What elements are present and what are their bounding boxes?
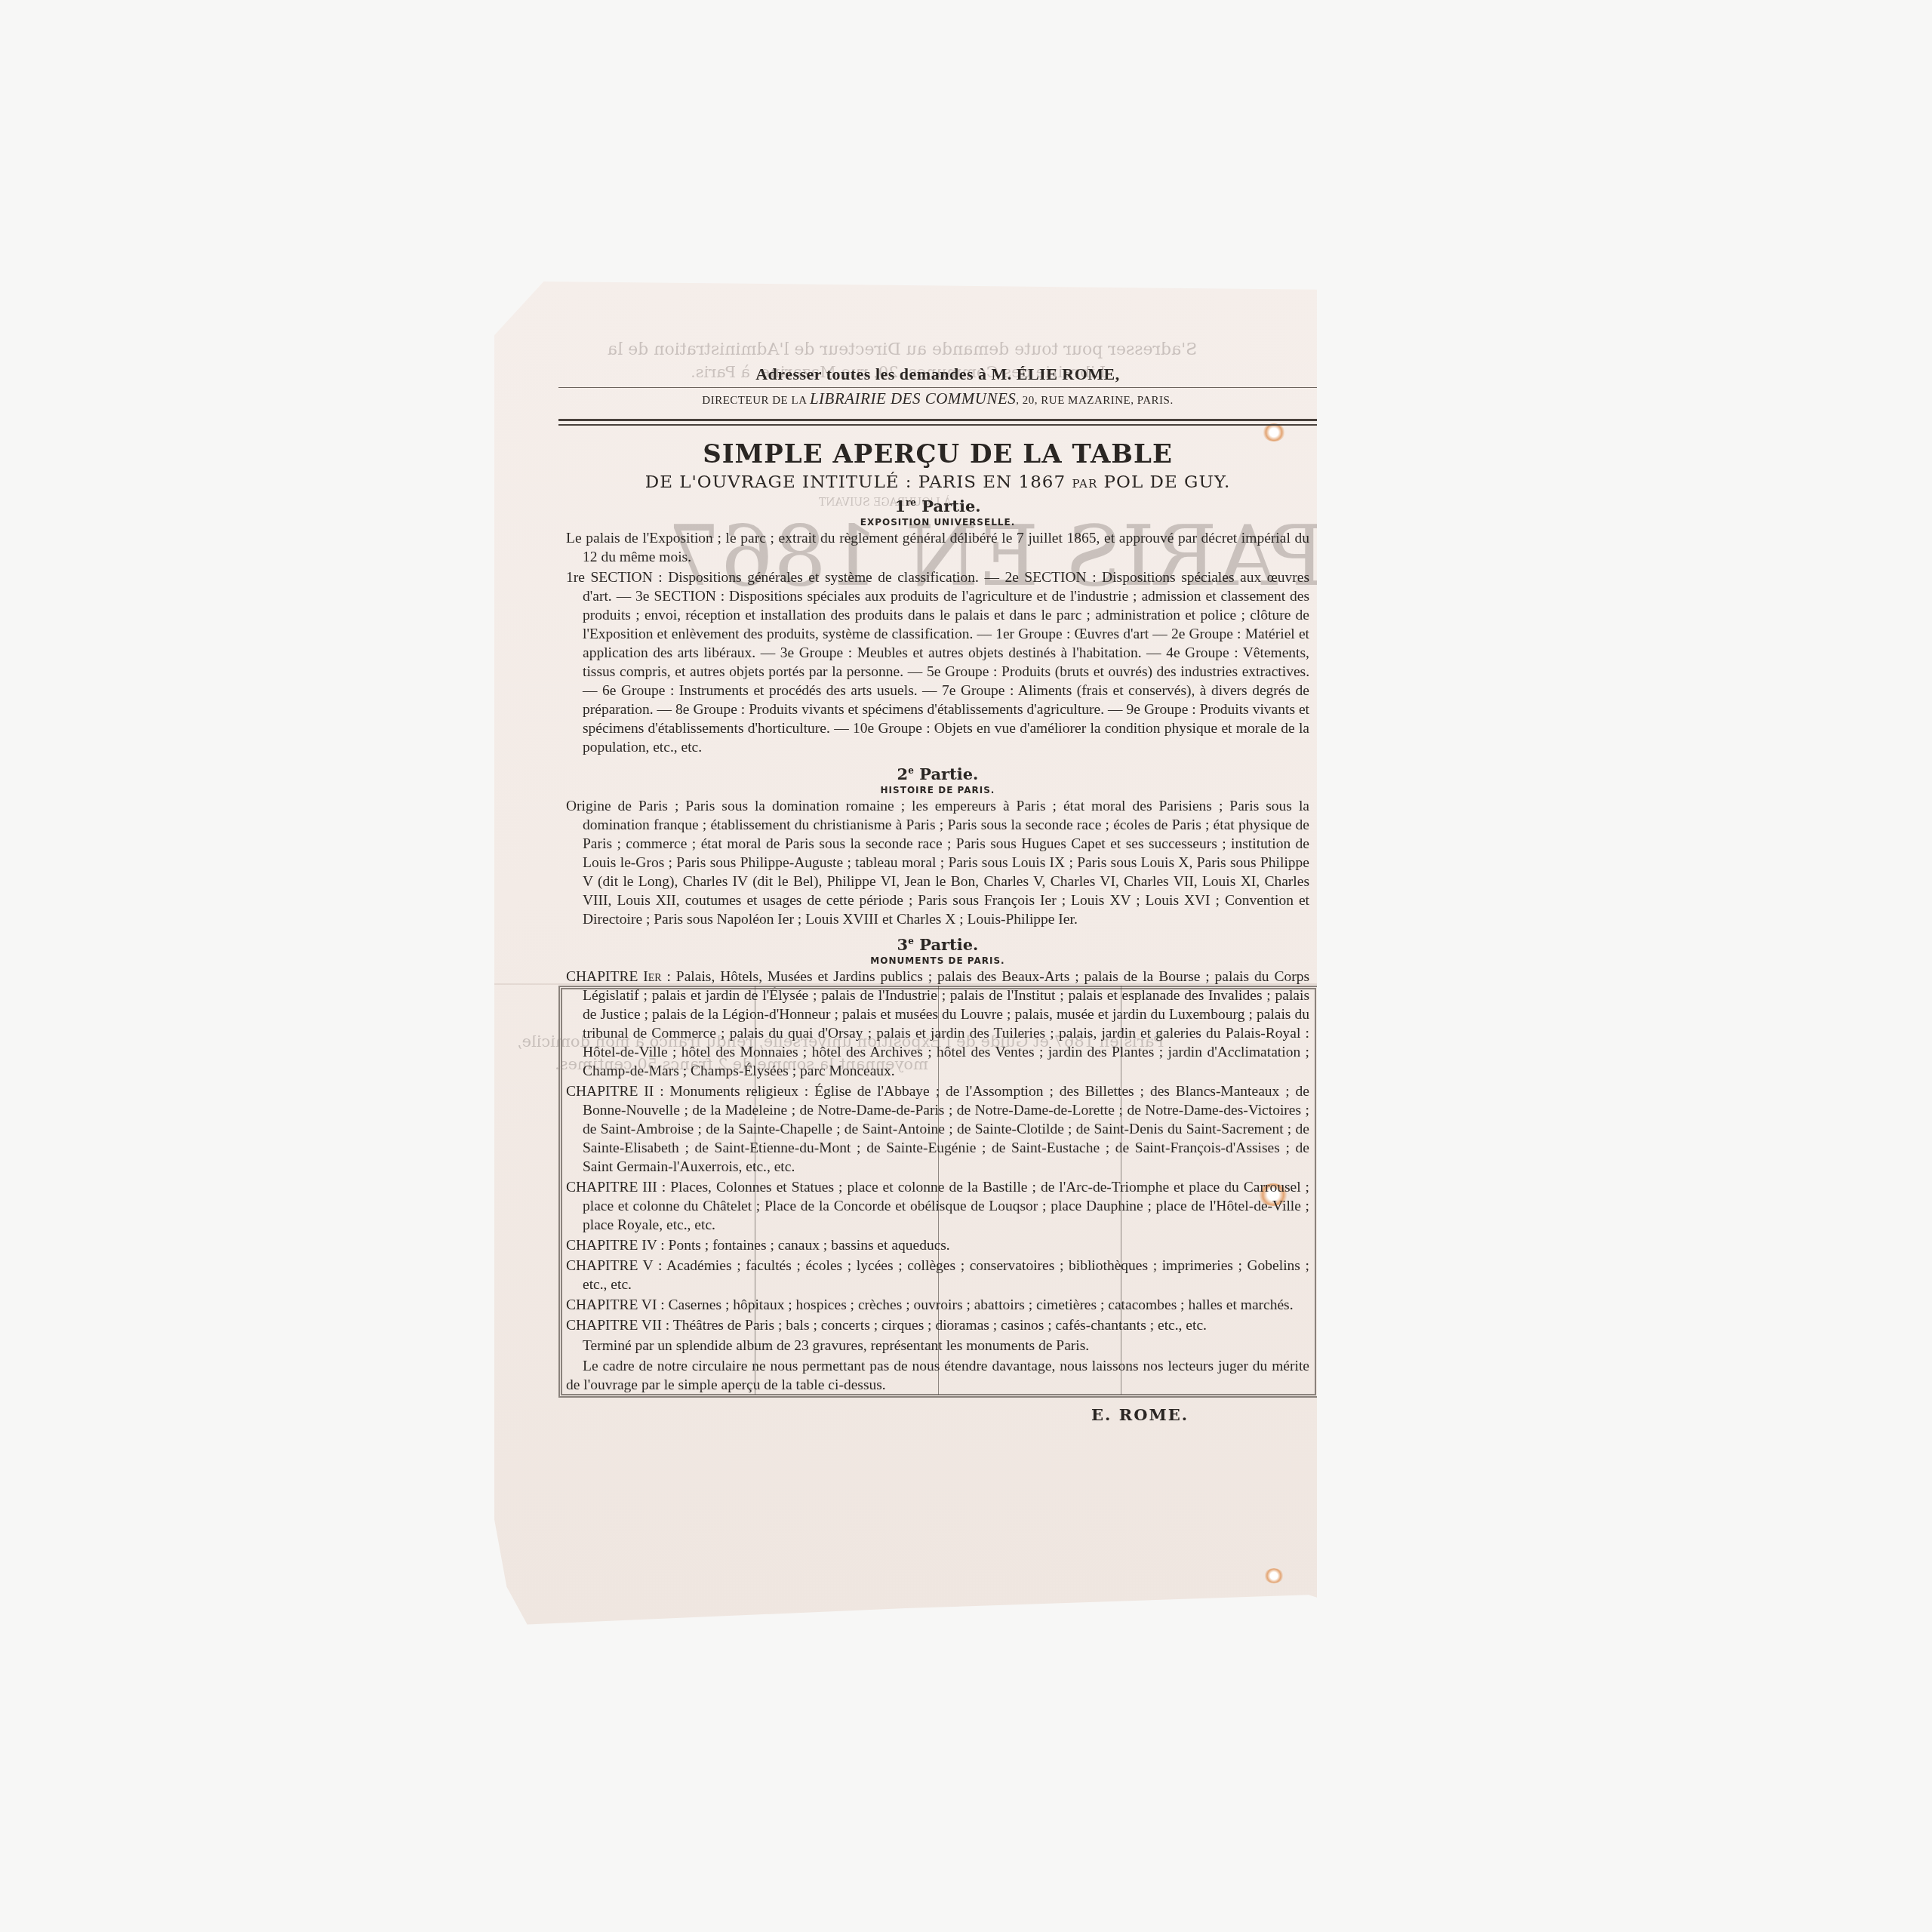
by-label: PAR [1072,477,1097,491]
part-label: Partie. [919,935,978,954]
street-address: , 20, RUE MAZARINE, PARIS. [1016,395,1173,407]
contact-line: Adresser toutes les demandes à M. ÉLIE R… [566,365,1309,384]
show-through-line-1: S'adresser pour toute demande au Directe… [608,340,1197,359]
chapter-label: CHAPITRE Ier : [566,969,671,985]
part-1-section-title: EXPOSITION UNIVERSELLE. [566,517,1309,528]
part-number: 1 [894,497,906,515]
chapter-label: CHAPITRE IV : [566,1238,665,1254]
part-3-section-title: MONUMENTS DE PARIS. [566,955,1309,966]
director-prefix: DIRECTEUR DE LA [702,395,806,407]
double-rule-divider [558,419,1317,426]
document-content: Adresser toutes les demandes à M. ÉLIE R… [566,365,1309,1424]
part-label: Partie. [919,764,978,783]
ordinal-suffix: e [908,765,914,776]
frame-column-rule [1121,986,1121,1395]
document-title: SIMPLE APERÇU DE LA TABLE [566,439,1309,469]
author-name: POL DE GUY. [1104,472,1231,492]
part-1-paragraph: 1re SECTION : Dispositions générales et … [566,568,1309,757]
chapter-label: CHAPITRE II : [566,1084,664,1100]
part-2-heading: 2e Partie. [566,764,1309,783]
chapter-text: Monuments religieux : Église de l'Abbaye… [583,1084,1309,1175]
part-1-heading: 1re Partie. [566,497,1309,515]
part-3-heading: 3e Partie. [566,935,1309,954]
director-line: DIRECTEUR DE LA LIBRAIRIE DES COMMUNES, … [558,387,1317,408]
frame-column-rule [755,986,755,1395]
library-name: LIBRAIRIE DES COMMUNES [810,389,1016,408]
chapter-label: CHAPITRE V : [566,1258,662,1274]
part-1-paragraph: Le palais de l'Exposition ; le parc ; ex… [566,529,1309,567]
chapter-text: Palais, Hôtels, Musées et Jardins public… [583,969,1309,1079]
ordinal-suffix: e [908,936,914,946]
part-2-section-title: HISTOIRE DE PARIS. [566,785,1309,795]
monuments-framed-box: CHAPITRE Ier : Palais, Hôtels, Musées et… [566,968,1309,1395]
chapter-text: Ponts ; fontaines ; canaux ; bassins et … [669,1238,950,1254]
chapter-text: Casernes ; hôpitaux ; hospices ; crèches… [669,1297,1294,1313]
chapter-text: Places, Colonnes et Statues ; place et c… [583,1180,1309,1233]
part-2-paragraph: Origine de Paris ; Paris sous la dominat… [566,797,1309,929]
frame-column-rule [938,986,939,1395]
chapter-text: Académies ; facultés ; écoles ; lycées ;… [583,1258,1309,1293]
chapter-label: CHAPITRE III : [566,1180,666,1195]
work-title: DE L'OUVRAGE INTITULÉ : PARIS EN 1867 [645,472,1066,492]
document-sheet: S'adresser pour toute demande au Directe… [494,281,1317,1627]
chapter-label: CHAPITRE VI : [566,1297,665,1313]
chapter-label: CHAPITRE VII : [566,1318,669,1334]
part-number: 2 [897,764,909,783]
signature: E. ROME. [566,1405,1189,1424]
part-label: Partie. [921,497,980,515]
chapter-text: Théâtres de Paris ; bals ; concerts ; ci… [673,1318,1207,1334]
punch-hole [1264,1568,1284,1583]
part-number: 3 [897,935,909,954]
document-subtitle: DE L'OUVRAGE INTITULÉ : PARIS EN 1867 PA… [566,472,1309,492]
ordinal-suffix: re [906,497,916,508]
